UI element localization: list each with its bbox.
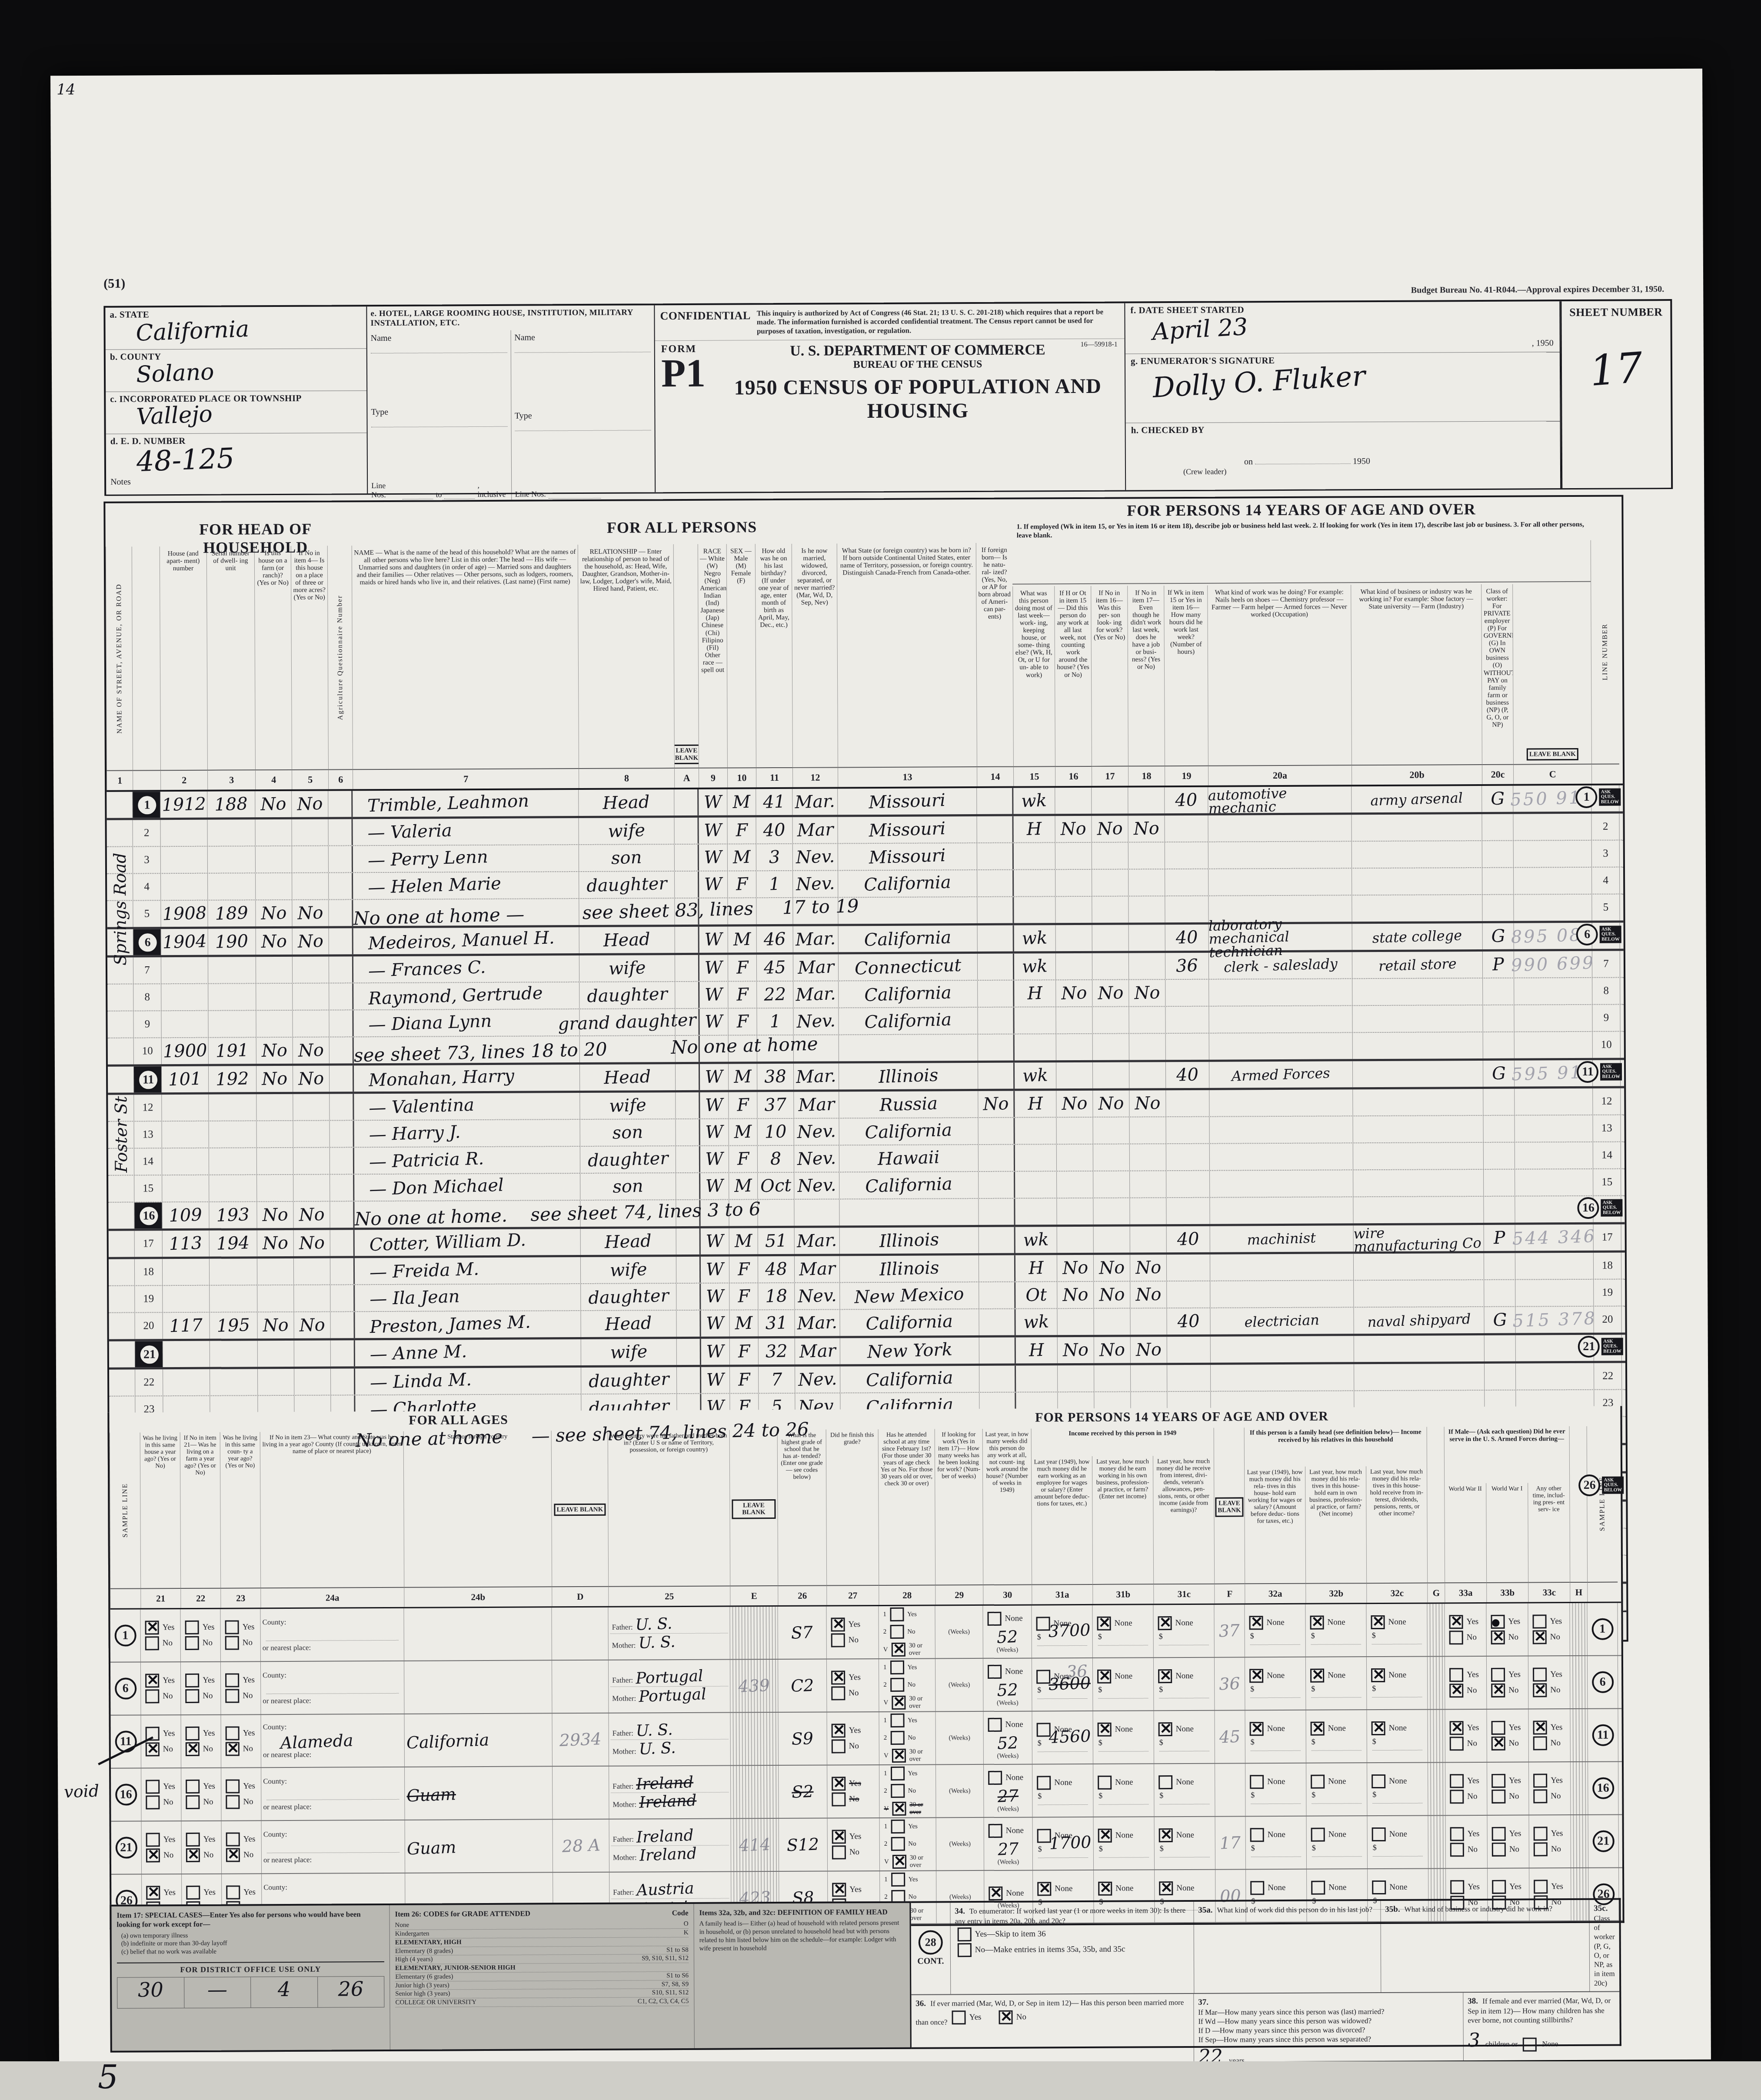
checkbox-none xyxy=(1310,1668,1324,1682)
cell-value-sex: M xyxy=(732,792,751,812)
cell-mar: Mar xyxy=(795,1338,840,1364)
cell-acres xyxy=(294,1369,331,1395)
cell-acres xyxy=(293,957,329,983)
cell-value-w18: No xyxy=(1135,1339,1162,1360)
grade-code-label: Junior high (3 years) xyxy=(395,1981,449,1990)
cell-value-mar: Mar xyxy=(799,1258,836,1280)
cell-w16: No xyxy=(1055,816,1092,842)
cell-lnR: 20 xyxy=(1594,1307,1621,1333)
sample-cell-c31b: None$ xyxy=(1093,1711,1154,1764)
cell-value-race: W xyxy=(706,1286,725,1307)
special-cases-title: Item 17: SPECIAL CASES—Enter Yes also fo… xyxy=(117,1910,384,1929)
cell-age: 41 xyxy=(756,789,792,815)
checkbox-yes xyxy=(1533,1721,1547,1734)
cell-lbC xyxy=(1515,1142,1593,1169)
cell-lnL: 20 xyxy=(135,1313,163,1339)
cell-cls xyxy=(1484,1170,1515,1196)
checkbox-no xyxy=(1449,1684,1463,1697)
grade-code-label: ELEMENTARY, HIGH xyxy=(395,1938,462,1947)
cell-house xyxy=(162,1175,209,1201)
sample-row-number: 1 xyxy=(1591,1618,1613,1640)
cell-lnL: 3 xyxy=(133,847,161,873)
cell-lnL: 22 xyxy=(135,1369,163,1395)
street-name: Springs Road xyxy=(108,853,133,968)
cell-bp: Missouri xyxy=(838,816,977,843)
cell-w15 xyxy=(1015,1171,1057,1198)
cell-serial xyxy=(210,1341,258,1367)
item-35c: 35c. Class of worker (P, G, O, or NP, as… xyxy=(1589,1900,1619,1991)
cell-value-house: 113 xyxy=(169,1233,203,1254)
checkbox-none xyxy=(1037,1776,1051,1790)
checkbox-no xyxy=(1450,1737,1464,1751)
grade-value: S9 xyxy=(791,1729,814,1749)
cell-value-race: W xyxy=(704,958,723,978)
cell-w16 xyxy=(1055,843,1092,869)
checkbox-yes xyxy=(1450,1721,1464,1735)
sample-cell-c24b xyxy=(404,1607,552,1660)
pencil-note: 36 xyxy=(1066,1661,1088,1681)
grade-code-label: Elementary (8 grades) xyxy=(395,1947,453,1955)
sample-row: 11YesNoYesNoYesNoCounty:Alamedaor neares… xyxy=(110,1709,1621,1769)
cell-value-sex: F xyxy=(738,1370,750,1390)
sample-column-header-c30: Last year, in how many weeks did this pe… xyxy=(982,1428,1032,1584)
checkbox-none xyxy=(1250,1775,1264,1789)
sample-cell-c32b: None$ xyxy=(1306,1710,1367,1763)
item36-no-checkbox xyxy=(999,2010,1013,2024)
sample-cell-h xyxy=(1570,1656,1588,1708)
sample-cell-c22: YesNo xyxy=(182,1821,222,1874)
sample-column-number-c27: 27 xyxy=(826,1585,879,1605)
sample-cell-c27: YesNo xyxy=(828,1818,880,1871)
cell-value-race: W xyxy=(704,929,723,950)
sample-cell-c32b: None$ xyxy=(1306,1657,1367,1710)
cell-value-serial: 191 xyxy=(215,1040,249,1061)
item-35b: 35b. What kind of business or industry d… xyxy=(1381,1900,1590,1992)
cell-lb xyxy=(676,1119,700,1145)
cell-value-sex: F xyxy=(737,1259,750,1280)
cell-value-race: W xyxy=(705,1067,723,1087)
cell-value-occ: clerk - saleslady xyxy=(1223,957,1338,974)
cell-serial xyxy=(208,1011,256,1037)
cell-cls: G xyxy=(1482,786,1513,812)
line-number-right: 8 xyxy=(1603,985,1609,997)
checkbox-30-or-over xyxy=(892,1749,906,1763)
checkbox-yes xyxy=(225,1673,239,1687)
cell-nat xyxy=(979,1282,1015,1308)
cell-nat xyxy=(977,843,1014,869)
sample-column-number-c31a: 31a xyxy=(1032,1584,1092,1604)
checkbox-yes xyxy=(145,1674,159,1687)
cell-rel: Head xyxy=(581,1311,676,1337)
cell-name: — Anne M. xyxy=(355,1339,581,1366)
sample-column-header-d: LEAVE BLANK xyxy=(551,1431,609,1587)
hotel-name-label: Name xyxy=(371,333,392,343)
checkbox-yes xyxy=(1533,1774,1547,1787)
cell-value-race: W xyxy=(704,874,722,895)
cell-value-age: 37 xyxy=(764,1095,787,1115)
weeks-worked: 52 xyxy=(985,1626,1030,1647)
sample-cell-c24a: County:or nearest place: xyxy=(260,1608,404,1661)
cell-agq xyxy=(331,1340,355,1366)
checkbox-yes xyxy=(832,1883,846,1897)
cell-value-cls: G xyxy=(1491,1063,1506,1084)
cell-acres: No xyxy=(294,1312,330,1338)
grade-code-label: Elementary (6 grades) xyxy=(395,1973,453,1981)
cell-value-farm: No xyxy=(262,1205,289,1225)
checkbox-no xyxy=(1449,1631,1463,1644)
checkbox-yes xyxy=(226,1726,240,1740)
cell-lbC xyxy=(1515,1032,1593,1058)
cell-value-sex: M xyxy=(734,1231,752,1251)
cell-hrs xyxy=(1166,1198,1210,1224)
sample-cell-c24a: County:or nearest place: xyxy=(262,1820,406,1873)
sample-column-header-c24a: If No in item 23— What county and State … xyxy=(260,1431,404,1587)
cell-rel: wife xyxy=(579,955,675,982)
cell-house xyxy=(161,874,208,900)
sample-column-number-c31b: 31b xyxy=(1092,1584,1153,1604)
cell-acres: No xyxy=(293,1038,330,1064)
cell-acres: No xyxy=(292,900,329,926)
cell-race: W xyxy=(700,1173,729,1199)
cell-value-cls: G xyxy=(1491,926,1505,946)
line-number-left: 9 xyxy=(145,1018,150,1030)
cell-value-acres: No xyxy=(298,1068,324,1089)
cell-occ xyxy=(1210,1197,1353,1224)
cell-w16 xyxy=(1056,1062,1093,1088)
cell-value-w18: No xyxy=(1135,1093,1161,1114)
cell-occ xyxy=(1210,1143,1353,1170)
checkbox-no xyxy=(1533,1789,1547,1803)
item-37: 37. If Mar—How many years since this per… xyxy=(1194,1993,1464,2072)
amount-value: 3700 xyxy=(1048,1620,1091,1641)
column-number-age: 11 xyxy=(756,767,792,787)
cell-lbC xyxy=(1514,841,1592,867)
column-number-mar: 12 xyxy=(792,767,838,787)
items-34-38-panel: 28 CONT. 34. To enumerator: If worked la… xyxy=(911,1898,1621,2049)
cell-agq xyxy=(330,1201,354,1228)
cell-lb xyxy=(676,1257,701,1283)
cell-w17 xyxy=(1092,897,1129,923)
cell-agq xyxy=(330,1175,354,1201)
line-number-left: 20 xyxy=(143,1320,154,1332)
cell-occ: automotive mechanic xyxy=(1208,786,1352,813)
item34-yes-checkbox xyxy=(957,1927,971,1941)
item38-none-checkbox xyxy=(1523,2038,1537,2052)
cell-agq xyxy=(329,956,353,982)
cell-value-rel: Head xyxy=(605,1231,652,1252)
cell-w17: No xyxy=(1094,1255,1130,1281)
cell-lnR: 3 xyxy=(1592,841,1620,867)
cell-lnR: 9 xyxy=(1592,1005,1620,1031)
cell-lbC xyxy=(1514,1005,1592,1032)
line-number-right: 5 xyxy=(1603,902,1609,914)
checkbox-yes xyxy=(1449,1615,1463,1629)
sample-cell-f xyxy=(1215,1764,1246,1816)
column-number-hrs: 19 xyxy=(1165,765,1208,785)
checkbox-no xyxy=(146,1848,160,1862)
line-number-right: 7 xyxy=(1603,958,1609,970)
cell-nat xyxy=(979,1172,1015,1198)
cell-value-age: 32 xyxy=(765,1341,788,1362)
cell-age: 3 xyxy=(756,844,793,870)
cell-value-age: Oct xyxy=(760,1175,792,1196)
column-number-lbC: C xyxy=(1513,764,1591,784)
sample-cell-c31c: None$ xyxy=(1154,1658,1215,1711)
checkbox-no xyxy=(1491,1631,1505,1644)
void-note: void xyxy=(63,1781,99,1801)
cell-nat xyxy=(979,1309,1015,1335)
cell-serial xyxy=(208,846,256,872)
signature-label: g. ENUMERATOR'S SIGNATURE xyxy=(1131,355,1275,366)
cell-farm: No xyxy=(256,1066,293,1092)
grade-code-value: S1 to S6 xyxy=(666,1972,689,1980)
checkbox-yes xyxy=(831,1617,845,1631)
cell-w18 xyxy=(1130,1117,1166,1143)
cell-occ xyxy=(1209,1006,1352,1032)
weeks-worked: 27 xyxy=(985,1838,1031,1859)
sample-cell-d: 2934 xyxy=(552,1714,609,1766)
cell-sex: M xyxy=(729,1173,758,1199)
checkbox-yes xyxy=(1534,1827,1548,1840)
sample-cell-c33c: YesNo xyxy=(1528,1656,1571,1708)
sample-cell-c24b: Guam xyxy=(405,1820,553,1872)
checkbox-none xyxy=(1158,1669,1172,1683)
column-number-nat: 14 xyxy=(977,766,1013,786)
cell-race: W xyxy=(700,1092,729,1118)
cell-mar: Nev. xyxy=(794,1145,839,1171)
special-cases-panel: Item 17: SPECIAL CASES—Enter Yes also fo… xyxy=(111,1905,390,2051)
cell-hrs xyxy=(1166,1117,1210,1143)
persons14-instructions: 1. If employed (Wk in item 15, or Yes in… xyxy=(1012,519,1591,585)
sample-cell-c32a: None$ xyxy=(1245,1764,1307,1816)
grade-code-value: K xyxy=(684,1929,689,1937)
cell-w16 xyxy=(1056,1034,1093,1060)
cell-serial: 190 xyxy=(208,929,256,955)
sample-cell-d: 28 A xyxy=(553,1820,610,1872)
cell-nat xyxy=(979,1145,1015,1171)
cell-value-w17: No xyxy=(1098,1093,1125,1114)
cell-value-sex: F xyxy=(736,985,749,1005)
checkbox-no xyxy=(831,1633,845,1647)
column-header-text: LINE NUMBER xyxy=(1601,555,1610,749)
cell-nat xyxy=(979,1366,1016,1392)
cell-age: 51 xyxy=(758,1228,795,1254)
cell-value-age: 7 xyxy=(771,1370,782,1390)
cell-value-age: 8 xyxy=(770,1149,782,1169)
item38-answer: 3 xyxy=(1468,2029,1480,2051)
cell-w15: wk xyxy=(1015,1309,1057,1335)
cell-acres: No xyxy=(293,1202,330,1228)
cell-w16 xyxy=(1057,1171,1093,1198)
column-number-race: 9 xyxy=(699,768,727,788)
no-one-at-home-note: No one at home. see sheet 74, lines 3 to… xyxy=(354,1200,761,1228)
column-number-lb: A xyxy=(674,768,699,788)
cell-value-ind: army arsenal xyxy=(1370,791,1463,807)
sample-column-number-sampR xyxy=(1587,1582,1618,1602)
cell-agq xyxy=(329,846,353,872)
cell-house xyxy=(162,1148,209,1175)
grade-code-label: Kindergarten xyxy=(395,1930,429,1938)
cell-house: 113 xyxy=(163,1231,210,1257)
name-value: Monahan, Harry xyxy=(368,1066,514,1091)
cell-w16: No xyxy=(1058,1337,1094,1363)
cell-w17 xyxy=(1092,870,1129,896)
table-group-title: FOR PERSONS 14 YEARS OF AGE AND OVER xyxy=(1012,499,1590,520)
cell-value-house: 101 xyxy=(168,1069,202,1090)
cell-value-mar: Nev. xyxy=(797,1148,836,1169)
confidential-text: This inquiry is authorized by Act of Con… xyxy=(757,308,1119,336)
office-code: 414 xyxy=(739,1835,771,1855)
cell-sex: M xyxy=(729,1064,757,1090)
cell-lnR: 18 xyxy=(1594,1253,1621,1279)
cell-farm xyxy=(257,1121,293,1147)
sample-cell-c31c: None$ xyxy=(1153,1605,1215,1657)
cell-value-nat: No xyxy=(983,1094,1009,1115)
office-code: 28 A xyxy=(562,1835,601,1856)
cell-value-bp: California xyxy=(865,1120,952,1142)
cell-ind xyxy=(1354,1253,1484,1280)
cell-serial xyxy=(210,1258,257,1285)
line-number-left: 12 xyxy=(142,1102,153,1114)
cell-cls: G xyxy=(1484,1307,1515,1333)
cell-cls xyxy=(1482,841,1514,867)
cell-name: — Freida M. xyxy=(355,1257,581,1284)
cell-name: Preston, James M. xyxy=(355,1311,581,1338)
checkbox-none xyxy=(988,1664,1002,1678)
county-label: b. COUNTY xyxy=(110,351,161,362)
line-number-right: 2 xyxy=(1603,821,1608,833)
cell-ind xyxy=(1353,1170,1484,1196)
cell-ind xyxy=(1353,1197,1484,1223)
checkbox-yes xyxy=(832,1777,846,1790)
cell-age xyxy=(758,1200,794,1226)
cell-value-hrs: 40 xyxy=(1176,1065,1198,1085)
cell-value-sex: F xyxy=(735,820,748,841)
cell-agq xyxy=(329,928,353,954)
cell-bp: Illinois xyxy=(839,1063,978,1089)
cell-w17 xyxy=(1092,925,1129,951)
cell-house: 1908 xyxy=(161,901,208,927)
cell-value-house: 1904 xyxy=(162,931,207,952)
sample-cell-c27: YesNo xyxy=(826,1606,879,1659)
cell-value-bp: California xyxy=(864,983,952,1005)
cell-lb xyxy=(676,1146,700,1172)
sample-cell-sampL: 1 xyxy=(110,1609,141,1661)
cell-value-bp: California xyxy=(866,1368,954,1390)
no-one-at-home-note: see sheet 73, lines 18 to 20 No one at h… xyxy=(354,1035,818,1064)
name-value: Trimble, Leahmon xyxy=(367,791,529,816)
family-head-text: A family head is— Either (a) head of hou… xyxy=(699,1919,905,1953)
cell-lbC xyxy=(1514,868,1592,894)
checkbox-yes xyxy=(832,1724,846,1737)
cell-farm xyxy=(257,1148,293,1174)
column-header-w16: If H or Ot in item 15— Did this person d… xyxy=(1054,586,1092,766)
line-number-left: 8 xyxy=(144,991,150,1003)
column-header-street: NAME OF STREET, AVENUE, OR ROAD xyxy=(106,547,133,770)
column-number-agq: 6 xyxy=(328,769,353,789)
ask-ques-badge: 1ASKQUES.BELOW xyxy=(1576,786,1621,808)
cell-serial xyxy=(208,957,256,983)
cell-hrs xyxy=(1167,1337,1211,1363)
checkbox-yes xyxy=(186,1780,200,1794)
sample-cell-c25: Father:U. S.Mother:U. S. xyxy=(608,1607,730,1660)
sample-table-header: FOR ALL AGESFOR PERSONS 14 YEARS OF AGE … xyxy=(109,1406,1621,1610)
cell-name: — Diana Lynn xyxy=(353,1009,579,1036)
cell-w17 xyxy=(1093,1145,1130,1171)
cell-value-serial: 188 xyxy=(214,794,248,815)
cell-hrs xyxy=(1166,1090,1209,1116)
sample-cell-c32b: None$ xyxy=(1307,1816,1368,1869)
checkbox-none xyxy=(1158,1722,1172,1736)
cell-age: 48 xyxy=(758,1256,795,1282)
cell-age: Oct xyxy=(758,1173,794,1199)
cell-value-bp: Illinois xyxy=(878,1065,939,1087)
line-number-left: 22 xyxy=(143,1376,154,1388)
sample-cell-c25: Father:U. S.Mother:U. S. xyxy=(609,1713,731,1766)
checkbox-no xyxy=(890,1731,904,1745)
line-number-right: 4 xyxy=(1603,875,1608,887)
cell-value-w15: H xyxy=(1026,819,1042,839)
sample-cell-c33a: YesNo xyxy=(1445,1657,1487,1709)
cell-street xyxy=(109,1259,135,1285)
office-code: 36 xyxy=(1219,1674,1241,1694)
ask-ques-badge: 6ASKQUES.BELOW xyxy=(1576,924,1621,945)
sample-cell-sampR: 21 xyxy=(1588,1815,1619,1867)
item-34-num: 34. xyxy=(955,1907,965,1916)
cell-value-ind: wire manufacturing Co xyxy=(1353,1223,1484,1253)
column-header-cls: Class of worker: For PRIVATE employer (P… xyxy=(1481,584,1513,764)
sample-cell-c33a: YesNo xyxy=(1445,1604,1487,1656)
checkbox-yes xyxy=(1534,1880,1548,1894)
item-35b-text: What kind of business or industry did he… xyxy=(1405,1904,1553,1913)
checkbox-no xyxy=(1492,1843,1506,1857)
cell-house: 1904 xyxy=(161,929,208,955)
line-number-left: 5 xyxy=(144,908,150,920)
cell-value-rel: Head xyxy=(603,792,650,813)
cell-bp: California xyxy=(839,1118,979,1145)
hotel-box: e. HOTEL, LARGE ROOMING HOUSE, INSTITUTI… xyxy=(367,305,656,493)
cell-serial: 189 xyxy=(208,900,256,926)
leave-blank-label: LEAVE BLANK xyxy=(554,1504,606,1516)
sample-column-number-c30: 30 xyxy=(983,1584,1032,1604)
cell-lbC xyxy=(1515,1280,1594,1306)
cell-w16: No xyxy=(1057,1282,1094,1308)
cell-lnL: 12 xyxy=(134,1095,162,1121)
cell-race: W xyxy=(699,845,728,871)
crew-leader-label: (Crew leader) xyxy=(1183,466,1555,476)
column-header-occ: What kind of work was he doing? For exam… xyxy=(1207,585,1352,765)
population-table-header: FOR HEAD OF HOUSEHOLDFOR ALL PERSONSFOR … xyxy=(105,497,1623,792)
column-number-w18: 18 xyxy=(1128,765,1165,785)
state-value: California xyxy=(136,318,250,345)
grade-code-value: C1, C2, C3, C4, C5 xyxy=(638,1997,689,2006)
cell-w18: No xyxy=(1131,1337,1167,1363)
cell-bp: California xyxy=(839,1172,979,1198)
checkbox-none xyxy=(1097,1616,1111,1630)
name-value: — Anne M. xyxy=(370,1341,467,1365)
cell-w17 xyxy=(1093,1198,1130,1225)
cell-age: 40 xyxy=(756,817,792,843)
cell-race: W xyxy=(700,1146,729,1172)
cell-value-sex: M xyxy=(732,847,751,868)
street-name: Foster St xyxy=(109,1096,133,1175)
sample-cell-c28: 1Yes2NoV30 or over xyxy=(879,1765,936,1817)
sample-cell-h xyxy=(1570,1709,1588,1761)
sample-row: 6YesNoYesNoYesNoCounty:or nearest place:… xyxy=(110,1656,1621,1716)
cell-house xyxy=(163,1341,210,1367)
cell-age: 45 xyxy=(757,955,793,981)
grade-code-label: None xyxy=(395,1921,409,1930)
